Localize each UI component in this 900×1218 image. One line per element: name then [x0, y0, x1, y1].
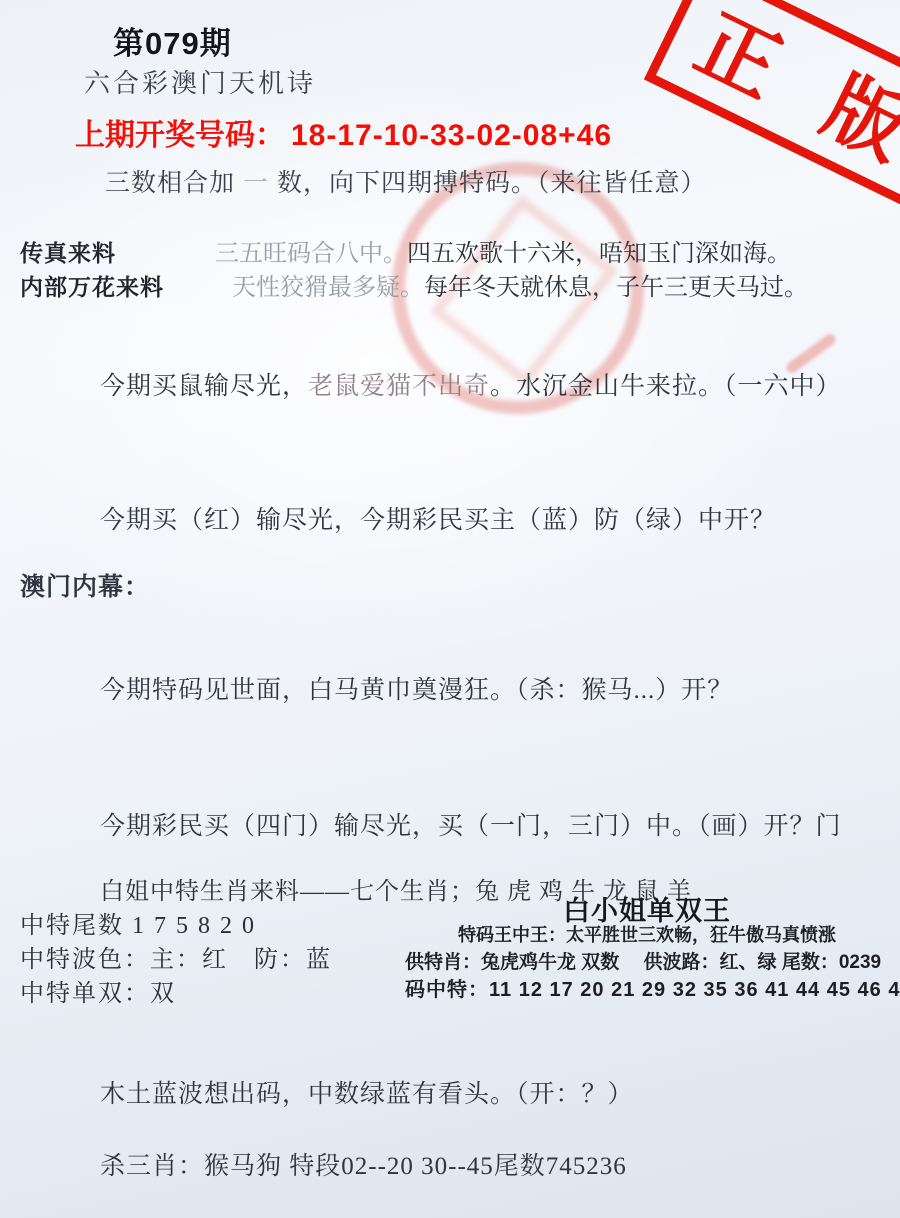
poem-line-3: 今期特码见世面，白马黄巾奠漫狂。（杀：猴马...）开？: [100, 670, 733, 706]
genuine-stamp-char-1: 正: [681, 0, 803, 118]
poem-line-2: 今期买（红）输尽光，今期彩民买主（蓝）防（绿）中开？: [100, 500, 776, 536]
right-block-numbers-line: 码中特：11 12 17 20 21 29 32 35 36 41 44 45 …: [405, 973, 900, 1002]
tip-part-faded: 一: [243, 170, 269, 197]
poem-line-4: 今期彩民买（四门）输尽光，买（一门，三门）中。（画）开？门: [100, 806, 842, 842]
poem-line-1-a: 今期买鼠输尽光，: [100, 373, 308, 400]
fax-source-row: 传真来料 三五旺码合八中。 四五欢歌十六米，唔知玉门深如海。: [20, 233, 791, 268]
lottery-tip-sheet: 正 版 第079期 六合彩澳门天机诗 上期开奖号码： 18-17-10-33-0…: [0, 0, 900, 1218]
macau-insider-label: 澳门内幕：: [20, 567, 150, 603]
fax-source-label: 传真来料: [20, 235, 215, 268]
tip-part-a: 三数相合加: [105, 170, 235, 197]
stat-wave-color: 中特波色：主：红 防：蓝: [20, 939, 332, 974]
internal-source-row: 内部万花来料 天性狡猾最多疑。 每年冬天就休息，子午三更天马过。: [20, 267, 808, 302]
last-draw-label: 上期开奖号码：: [75, 110, 285, 154]
internal-source-text: 每年冬天就休息，子午三更天马过。: [424, 267, 808, 302]
poem-line-1: 今期买鼠输尽光，老鼠爱猫不出奇。水沉金山牛来拉。（一六中）: [100, 366, 842, 402]
internal-source-faded-text: 天性狡猾最多疑。: [232, 267, 424, 302]
internal-source-label: 内部万花来料: [20, 269, 232, 302]
fax-source-faded-text: 三五旺码合八中。: [215, 233, 407, 268]
tip-part-c: 数，向下四期搏特码。（来往皆任意）: [277, 170, 707, 197]
kill-three-zodiac-line: 杀三肖：猴马狗 特段02--20 30--45尾数745236: [100, 1146, 627, 1182]
last-draw-numbers: 18-17-10-33-02-08+46: [291, 119, 612, 153]
stat-tail-numbers: 中特尾数 1 7 5 8 2 0: [20, 905, 256, 940]
page-title: 六合彩澳门天机诗: [84, 63, 316, 100]
fax-source-text: 四五欢歌十六米，唔知玉门深如海。: [407, 233, 791, 268]
poem-line-1-faded: 老鼠爱猫不出奇: [308, 373, 490, 400]
issue-number: 第079期: [113, 18, 232, 63]
right-block-supply-line: 供特肖：兔虎鸡牛龙 双数 供波路：红、绿 尾数：0239: [405, 947, 881, 974]
poem-line-1-c: 。水沉金山牛来拉。（一六中）: [490, 373, 842, 400]
stat-odd-even: 中特单双：双: [20, 973, 176, 1008]
bottom-wave-poem: 木土蓝波想出码，中数绿蓝有看头。（开：？）: [100, 1074, 634, 1110]
tip-line: 三数相合加一数，向下四期搏特码。（来往皆任意）: [105, 163, 707, 199]
last-draw-line: 上期开奖号码： 18-17-10-33-02-08+46: [75, 110, 612, 154]
right-block-king-line: 特码王中王：太平胜世三欢畅，狂牛傲马真愤涨: [458, 921, 836, 947]
genuine-stamp-char-2: 版: [808, 42, 900, 180]
